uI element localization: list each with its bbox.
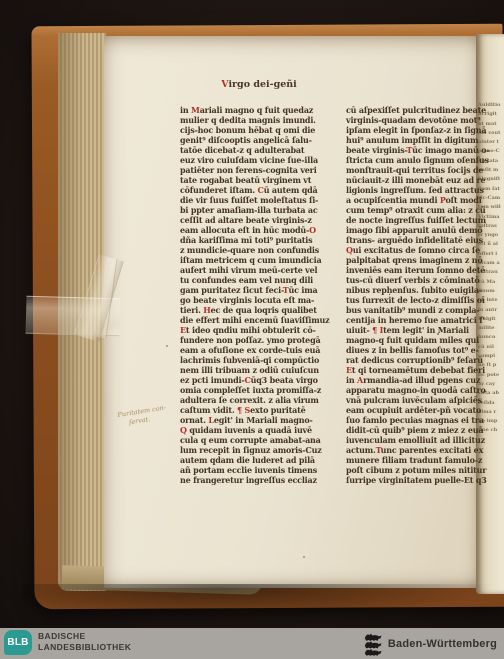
text-line: aufert mihi virum meū-certe vel — [180, 265, 338, 275]
text-line: bi ppter amaſiam-illa turbata ac — [180, 205, 338, 215]
paper-speck — [437, 333, 439, 335]
paper-speck — [166, 345, 168, 347]
text-line: inveniēs eam iterum ſomno detē — [346, 265, 486, 275]
text-line: Et qi torneamētum debebat fieri — [346, 365, 486, 375]
text-line: ipſam elegit in ſponſaz-z in ſignā — [346, 125, 486, 135]
text-line: tate rogabat beatū virginem vt — [180, 175, 338, 185]
text-line: añ portam ecclie iuvenis timens — [180, 465, 338, 475]
text-line: cum temp⁹ otraxit cum alia: z cū — [346, 205, 486, 215]
text-line: Qui excitatus de ſomno circa ſe — [346, 245, 486, 255]
text-line: ſurripe virginitatem puelle-Et q3 — [346, 475, 486, 485]
text-line: in Armandia-ad illud pgens cuz — [346, 375, 486, 385]
text-line: nūciauit-z illi monebāt euz ad re — [346, 175, 486, 185]
text-line: tus ſurrexit de lecto-z dimiſſis oī — [346, 295, 486, 305]
footer-bar: BLB BADISCHE LANDESBIBLIOTHEK Baden-Würt… — [0, 628, 504, 659]
running-title-text: irgo dei-geñi — [228, 79, 296, 90]
text-line: virginis-quadam devotōne mot⁹ — [346, 115, 486, 125]
text-line: die effert mihi encemū ſuaviſſimuz — [180, 315, 338, 325]
text-line: vnā pulcram iuvēculam aſpiciēs — [346, 395, 486, 405]
text-line: didit-cū quib⁹ piem z miez z euā — [346, 425, 486, 435]
text-line: diues z in bellis famoſus tot⁹ e- — [346, 345, 486, 355]
text-line: tus-cū diuerſ verbis z cōminatō — [346, 275, 486, 285]
text-line: fundere non poſſaz. ymo protegā — [180, 335, 338, 345]
text-line: tatōe dicebat-z q adulterabat — [180, 145, 338, 155]
bw-coat-of-arms-icon — [364, 632, 382, 656]
text-line: iuvenculam emolliuit ad illicituz — [346, 435, 486, 445]
text-line: poſt cibum z potum miles nititur — [346, 465, 486, 475]
text-line: a ocupiſcentia mundi Poſt modi — [346, 195, 486, 205]
text-line: de nocte ingreſſus fuiſſet lectum — [346, 215, 486, 225]
library-name: BADISCHE LANDESBIBLIOTHEK — [38, 631, 131, 653]
text-line: ſuo famlo pecuias magnas ei tra — [346, 415, 486, 425]
library-name-line1: BADISCHE — [38, 631, 131, 642]
text-line: bus vanitatib⁹ mundi z compla- — [346, 305, 486, 315]
text-line: uiuit- ¶ Item legit' in Mariali — [346, 325, 486, 335]
text-line: go beate virginis locuta eſt ma- — [180, 295, 338, 305]
text-line: Q quidam iuvenis a quadā iuvē — [180, 425, 338, 435]
text-line: die vir ſuus fuiſſet moleſtatus ſi- — [180, 195, 338, 205]
text-line: apparatu magno-in quodā caſtro — [346, 385, 486, 395]
text-line: munere filiam tradunt famulo-z — [346, 455, 486, 465]
text-line: z mundicie-quare non confundis — [180, 245, 338, 255]
text-line: ſtricta cum anulo ſignum oſenſus — [346, 155, 486, 165]
text-line: eam allocuta eſt in hūc modū-O — [180, 225, 338, 235]
text-line: mulier q dedita magnis imundi. — [180, 115, 338, 125]
text-line: in Mariali magno q fuit quedaz — [180, 105, 338, 115]
text-line: tieri. Hec de qua loqris qualibet — [180, 305, 338, 315]
text-line: nem illi tribuam z odiū cuiuſcun — [180, 365, 338, 375]
text-line: ceſſit ad altare beate virginis-z — [180, 215, 338, 225]
text-line: adultera ſe correxit. z alia virum — [180, 395, 338, 405]
text-line: monſtrauit-qui territus ſocijs de — [346, 165, 486, 175]
blb-logo: BLB — [4, 630, 32, 655]
book-shadow — [22, 584, 492, 618]
text-line: gam puritatez ſicut feci-Tūc ima — [180, 285, 338, 295]
text-line: beate virginis-Tūc imago manū o- — [346, 145, 486, 155]
running-title: Virgo dei-geñi — [180, 79, 338, 90]
text-line: ne frangeretur ingreſſus eccliaz — [180, 475, 338, 485]
text-line: hui⁹ anulum impſſit in digitum — [346, 135, 486, 145]
text-line: iſtam metricem q cum imundicia — [180, 255, 338, 265]
text-line: cijs-hoc bonum hēbat q omi die — [180, 125, 338, 135]
text-line: euz viro cuiuſdam vicine ſue-illa — [180, 155, 338, 165]
text-line: eam ocupiuit ardēter-pñ vocato — [346, 405, 486, 415]
text-line: cōfunderet iſtam. Cū autem qdā — [180, 185, 338, 195]
text-line: dña kariſſima mī toti⁹ puritatis — [180, 235, 338, 245]
text-line: magno-q fuit quidam miles qui — [346, 335, 486, 345]
state-branding: Baden-Württemberg — [364, 628, 497, 659]
text-line: rat dedicus corruptionib⁹ feſarū — [346, 355, 486, 365]
text-line: ornat. Legit' in Mariali magno- — [180, 415, 338, 425]
text-line: tu confundes eam vel nunq dili — [180, 275, 338, 285]
text-line: actum.Tunc parentes excitati ex — [346, 445, 486, 455]
text-line: genit⁹ diſcooptis angelicā ſalu- — [180, 135, 338, 145]
text-line: ligionis ingreſſum. ſed attractus — [346, 185, 486, 195]
library-name-line2: LANDESBIBLIOTHEK — [38, 642, 131, 653]
text-line: imago ſibi apparuit anulū demō — [346, 225, 486, 235]
text-line: nibus repḥenſus. ſubito euigila- — [346, 285, 486, 295]
text-line: omia compleſſet iuxta promiſſa-z — [180, 385, 338, 395]
text-line: eam a ofuſione ex corde-tuis euā — [180, 345, 338, 355]
text-line: lachrimis ſubveniā-qi compūctio — [180, 355, 338, 365]
text-line: ez pcti imundi-Cūq3 beata virgo — [180, 375, 338, 385]
paper-speck — [303, 556, 305, 558]
text-line: patiēter non ferens-cognita veri — [180, 165, 338, 175]
text-line: cula q eum corrupte amabat-ana — [180, 435, 338, 445]
paper-speck — [420, 118, 422, 120]
text-line: centija in heremo ſue amatrici ſ' — [346, 315, 486, 325]
text-line: cū aſpexiſſet pulcritudinez beate — [346, 105, 486, 115]
manuscript-photo: AulditioScrigitht matam voutainter tpian… — [0, 0, 504, 659]
text-line: autem qdam die luderet ad pilā — [180, 455, 338, 465]
text-line: ſtrans- arguēdo infidelitatē eius — [346, 235, 486, 245]
text-line: caſtum vidit. ¶ Sexto puritatē — [180, 405, 338, 415]
blb-logo-text: BLB — [7, 637, 28, 648]
state-name: Baden-Württemberg — [388, 638, 497, 650]
text-column-left: in Mariali magno q fuit quedazmulier q d… — [180, 105, 338, 485]
text-line: Et ideo qndiu mihi obtulerit cō- — [180, 325, 338, 335]
text-line: palpitabat qrens imaginem z nō — [346, 255, 486, 265]
text-line: lum recepit in ſignuz amoris-Cuz — [180, 445, 338, 455]
text-column-right: cū aſpexiſſet pulcritudinez beatevirgini… — [346, 105, 486, 485]
